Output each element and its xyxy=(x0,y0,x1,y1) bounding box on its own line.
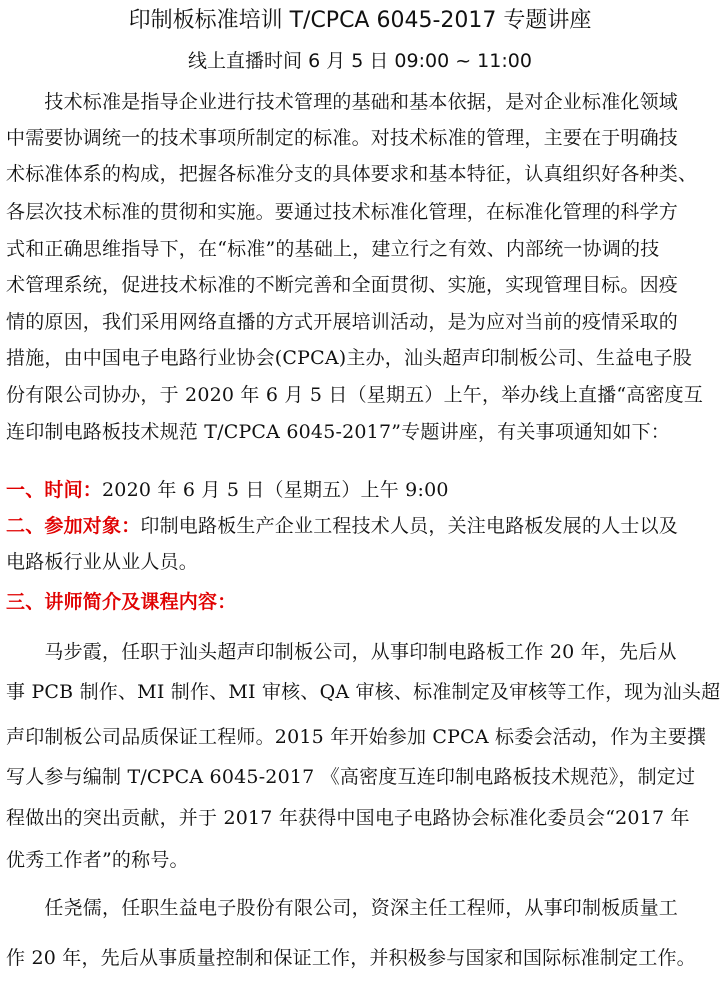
lecturer1-line: 事 PCB 制作、MI 制作、MI 审核、QA 审核、标准制定及审核等工作，现为… xyxy=(6,680,714,704)
intro-line: 术标准体系的构成，把握各标准分支的具体要求和基本特征，认真组织好各种类、 xyxy=(6,162,714,186)
intro-line: 技术标准是指导企业进行技术管理的基础和基本依据，是对企业标准化领域 xyxy=(6,90,714,114)
intro-line: 情的原因，我们采用网络直播的方式开展培训活动，是为应对当前的疫情采取的 xyxy=(6,310,714,334)
section-heading-lecturers: 三、讲师简介及课程内容： xyxy=(6,591,236,613)
section-lecturers: 三、讲师简介及课程内容： xyxy=(6,590,714,614)
section-text-time: 2020 年 6 月 5 日（星期五）上午 9:00 xyxy=(102,479,449,501)
lecturer1-line: 马步霞，任职于汕头超声印制板公司，从事印制电路板工作 20 年，先后从 xyxy=(6,640,714,664)
lecturer1-line: 优秀工作者”的称号。 xyxy=(6,848,714,872)
intro-line: 中需要协调统一的技术事项所制定的标准。对技术标准的管理，主要在于明确技 xyxy=(6,126,714,150)
lecturer2-line: 作 20 年，先后从事质量控制和保证工作，并积极参与国家和国际标准制定工作。 xyxy=(6,946,714,970)
section-time: 一、时间：2020 年 6 月 5 日（星期五）上午 9:00 xyxy=(6,478,714,502)
page-title: 印制板标准培训 T/CPCA 6045-2017 专题讲座 xyxy=(0,8,720,34)
lecturer1-line: 声印制板公司品质保证工程师。2015 年开始参加 CPCA 标委会活动，作为主要… xyxy=(6,725,714,749)
intro-line: 措施，由中国电子电路行业协会(CPCA)主办，汕头超声印制板公司、生益电子股 xyxy=(6,346,714,370)
section-audience-cont: 电路板行业从业人员。 xyxy=(6,550,714,574)
section-heading-time: 一、时间： xyxy=(6,479,102,501)
intro-line: 连印制电路板技术规范 T/CPCA 6045-2017”专题讲座，有关事项通知如… xyxy=(6,420,714,444)
intro-line: 术管理系统，促进技术标准的不断完善和全面贯彻、实施，实现管理目标。因疫 xyxy=(6,273,714,297)
broadcast-time-subtitle: 线上直播时间 6 月 5 日 09:00 ~ 11:00 xyxy=(0,49,720,73)
section-heading-audience: 二、参加对象： xyxy=(6,515,140,537)
lecturer1-line: 程做出的突出贡献，并于 2017 年获得中国电子电路协会标准化委员会“2017 … xyxy=(6,806,714,830)
section-audience: 二、参加对象：印制电路板生产企业工程技术人员，关注电路板发展的人士以及 xyxy=(6,514,714,538)
lecturer2-line: 任尧儒，任职生益电子股份有限公司，资深主任工程师，从事印制板质量工 xyxy=(6,896,714,920)
intro-line: 份有限公司协办，于 2020 年 6 月 5 日（星期五）上午，举办线上直播“高… xyxy=(6,383,714,407)
intro-line: 各层次技术标准的贯彻和实施。要通过技术标准化管理，在标准化管理的科学方 xyxy=(6,200,714,224)
intro-line: 式和正确思维指导下，在“标准”的基础上，建立行之有效、内部统一协调的技 xyxy=(6,237,714,261)
lecturer1-line: 写人参与编制 T/CPCA 6045-2017 《高密度互连印制电路板技术规范》… xyxy=(6,765,714,789)
section-text-audience: 印制电路板生产企业工程技术人员，关注电路板发展的人士以及 xyxy=(140,515,678,537)
